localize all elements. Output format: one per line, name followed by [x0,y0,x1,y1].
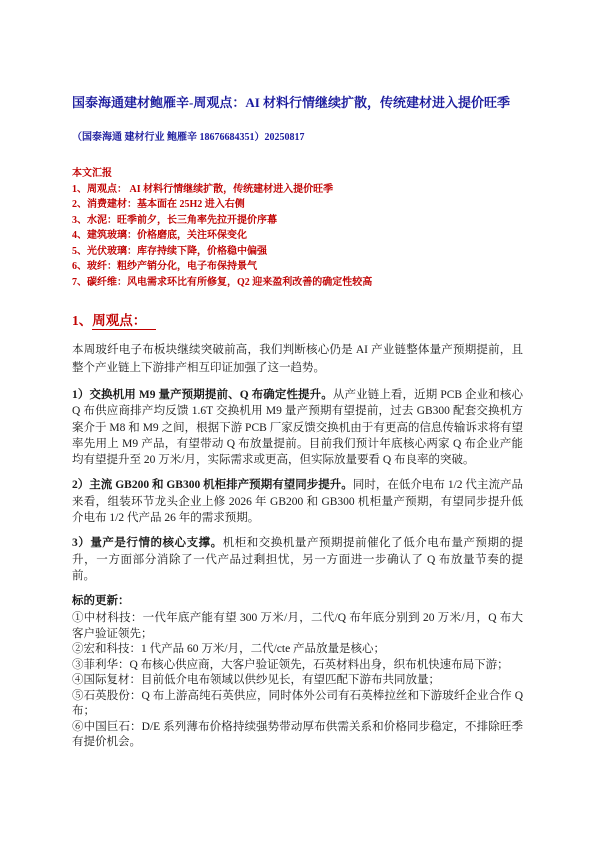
point-paragraph-3: 3）量产是行情的核心支撑。机柜和交换机量产预期提前催化了低介电布量产预期的提升，… [72,535,523,584]
target-item: ②宏和科技：1 代产品 60 万米/月，二代/cte 产品放量是核心； [72,642,523,658]
summary-item: 7、碳纤维：风电需求环比有所修复，Q2 迎来盈利改善的确定性较高 [72,275,523,291]
intro-paragraph: 本周玻纤电子布板块继续突破前高，我们判断核心仍是 AI 产业链整体量产预期提前，… [72,341,523,377]
point-lead: 2）主流 GB200 和 GB300 机柜排产预期有望同步提升。 [72,479,353,491]
target-item: ⑥中国巨石：D/E 系列薄布价格持续强势带动厚布供需关系和价格同步稳定，不排除旺… [72,720,523,751]
report-summary: 本文汇报 1、周观点： AI 材料行情继续扩散，传统建材进入提价旺季 2、消费建… [72,166,523,290]
target-item: ⑤石英股份：Q 布上游高纯石英供应，同时体外公司有石英棒拉丝和下游玻纤企业合作 … [72,689,523,720]
section-heading: 1、周观点： [72,311,523,331]
summary-item: 4、建筑玻璃：价格磨底，关注环保变化 [72,228,523,244]
summary-item: 3、水泥：旺季前夕，长三角率先拉开提价序幕 [72,213,523,229]
doc-subtitle: （国泰海通 建材行业 鲍雁辛 18676684351）20250817 [72,131,523,145]
summary-heading: 本文汇报 [72,166,523,182]
summary-item: 6、玻纤：粗纱产销分化，电子布保持景气 [72,259,523,275]
document-page: 国泰海通建材鲍雁辛-周观点：AI 材料行情继续扩散，传统建材进入提价旺季 （国泰… [0,0,595,841]
section-title: 周观点： [92,313,156,330]
point-lead: 3）量产是行情的核心支撑。 [72,537,223,549]
summary-item: 1、周观点： AI 材料行情继续扩散，传统建材进入提价旺季 [72,182,523,198]
summary-item: 2、消费建材：基本面在 25H2 进入右侧 [72,197,523,213]
point-lead: 1）交换机用 M9 量产预期提前、Q 布确定性提升。 [72,389,333,401]
section-number: 1、 [72,313,92,328]
targets-list: ①中材科技：一代年底产能有望 300 万米/月，二代/Q 布年底分别到 20 万… [72,611,523,751]
target-item: ③菲利华：Q 布核心供应商，大客户验证领先，石英材料出身，织布机快速布局下游； [72,658,523,674]
point-paragraph-2: 2）主流 GB200 和 GB300 机柜排产预期有望同步提升。同时，在低介电布… [72,477,523,526]
doc-title: 国泰海通建材鲍雁辛-周观点：AI 材料行情继续扩散，传统建材进入提价旺季 [72,93,523,112]
target-item: ④国际复材：目前低介电布领域以供纱见长，有望匹配下游布共同放量； [72,673,523,689]
point-paragraph-1: 1）交换机用 M9 量产预期提前、Q 布确定性提升。从产业链上看，近期 PCB … [72,387,523,468]
summary-item: 5、光伏玻璃：库存持续下降，价格稳中偏强 [72,244,523,260]
targets-heading: 标的更新： [72,593,523,609]
target-item: ①中材科技：一代年底产能有望 300 万米/月，二代/Q 布年底分别到 20 万… [72,611,523,642]
